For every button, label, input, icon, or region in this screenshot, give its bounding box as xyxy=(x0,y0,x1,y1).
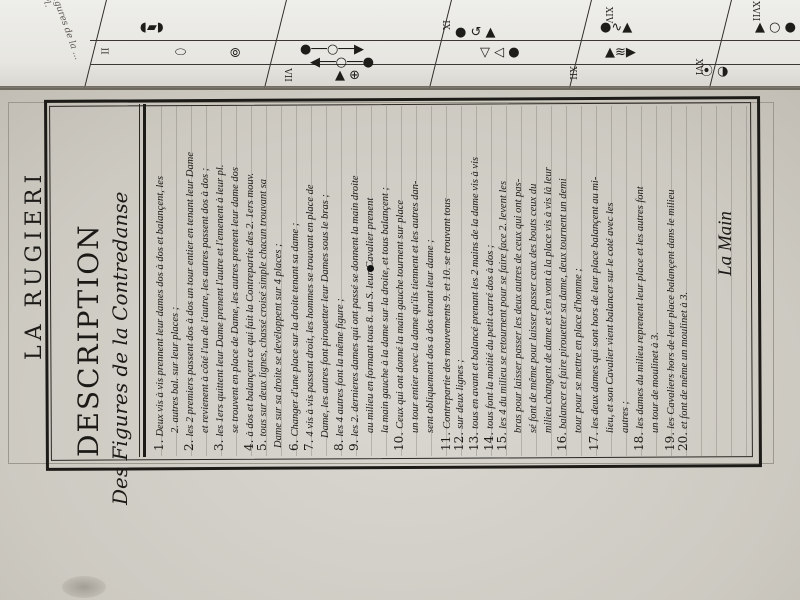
dancer-figure-icon: ▲ ⊕ xyxy=(335,68,360,83)
description-subheading: Des Figures de la Contredanse xyxy=(108,191,132,505)
figure-entry: 3.les 1ers quittent leur Dame prenent l'… xyxy=(212,165,226,451)
figure-entry: 8.les 4 autres font la même figure ; xyxy=(332,298,346,451)
figure-entry: autres ; xyxy=(617,401,631,436)
figure-entry: 10.Ceux qui ont donné la main gauche tou… xyxy=(392,200,406,451)
cell-numeral: XVII xyxy=(750,1,760,21)
figure-entry: 13.tous en avant et balancé prenant les … xyxy=(467,157,481,451)
dancer-figure-icon: ⬭ xyxy=(175,45,186,60)
figure-entry: Dame sur sa droite se devéloppent sur 4 … xyxy=(270,243,284,451)
dancer-figure-icon: ● ↺ ▲ xyxy=(455,25,496,40)
figure-entry: 11.Contrepartie des mouvements 9. et 10.… xyxy=(439,198,453,451)
dancer-figure-icon: ◖▰◗ xyxy=(140,20,164,35)
dancer-figure-icon: ⦿ ◑ xyxy=(700,60,728,79)
figure-entry: se trouvent en place de Dame, les autres… xyxy=(227,167,241,436)
description-heading: DESCRIPTION xyxy=(72,223,105,457)
figure-list: 1.Deux vis à vis prennent leur dames dos… xyxy=(150,106,746,456)
figure-entry: 16.balancer et faire pirouetter sa dame,… xyxy=(555,178,569,451)
figure-entry: 4.à dos et balançent ce qui fait la Cont… xyxy=(242,173,256,451)
figure-entry: et revienent à côté l'un de l'autre, les… xyxy=(197,168,211,436)
diagram-row-line xyxy=(90,40,800,41)
closing-title: La Main xyxy=(715,211,737,276)
figure-entry: un tour entier avec la dame qu'ils tienn… xyxy=(407,181,421,436)
figure-entry: milieu changent de dame et s'en vont à l… xyxy=(540,167,554,436)
figure-entry: lieu, et son Cavalier vient balancer sur… xyxy=(602,202,616,436)
piece-title: LA RUGIERI xyxy=(22,170,47,360)
figure-entry: Dame, les autres font pirouetter leur Da… xyxy=(317,194,331,441)
figure-entry: au milieu en formant tous 8. un S. leur … xyxy=(362,198,376,436)
description-page: LA RUGIERI DESCRIPTION Des Figures de la… xyxy=(0,90,800,600)
dancer-figure-icon: ▲≋▶ xyxy=(605,45,636,60)
diagram-cell-divider xyxy=(84,0,107,88)
figure-entry: 15.les 4 du milieu se retournent pour se… xyxy=(495,181,509,451)
ink-blot xyxy=(367,265,374,272)
cell-numeral: IX xyxy=(440,20,450,30)
figure-entry: sent obliquement dos à dos tenant leur d… xyxy=(422,239,436,436)
figure-entry: 19.les Cavaliers hors de leur place bala… xyxy=(663,189,677,451)
figure-entry: 5.tous sur deux lignes, chassé croisé si… xyxy=(255,179,269,451)
plate-caption: Figures de la ... Pl. xyxy=(0,0,85,90)
figure-entry: 2. autres bal. sur leur places ; xyxy=(167,307,181,436)
figure-entry: 1.Deux vis à vis prennent leur dames dos… xyxy=(152,176,166,451)
cell-numeral: II xyxy=(99,47,109,54)
cell-numeral: XIV xyxy=(603,7,613,23)
cell-numeral: XII xyxy=(567,66,577,80)
cell-numeral: VII xyxy=(282,68,292,82)
figure-entry: 7.4 vis à vis passent droit, les hommes … xyxy=(302,184,316,451)
figure-entry: 17.les deux dames qui sont hors de leur … xyxy=(587,177,601,451)
figure-entry: 6.Changer d'une place sur la droite tena… xyxy=(287,223,301,451)
dancer-figure-icon: ▲ ○ ● xyxy=(755,20,796,35)
figure-entry: 12.sur deux lignes ; xyxy=(452,359,466,451)
dancer-figure-icon: ⦾ xyxy=(230,46,240,61)
figure-entry: 14.tous font la moitié du petit carré do… xyxy=(482,245,496,451)
figure-entry: un tour de moulinet à 3. xyxy=(647,332,661,436)
figure-entry: la main gauche à la dame sur la droite, … xyxy=(377,187,391,436)
figure-entry: bras pour laisser passer les deux autres… xyxy=(510,179,524,436)
cell-numeral: XVI xyxy=(693,59,703,75)
paper-smudge xyxy=(62,576,106,598)
figure-entry: sé font de même pour laisser passer ceux… xyxy=(525,184,539,436)
figure-entry: 20.et font de même un moulinet à 3. xyxy=(676,292,690,451)
figure-entry: tour pour se mettre en place d'homme ; xyxy=(570,268,584,436)
dancer-figure-icon: ▽ ◁ ● xyxy=(480,45,520,60)
figure-entry: 9.les 2. dernieres dames qui ont passé s… xyxy=(347,175,361,451)
facing-plate: Figures de la ... Pl. ◖▰◗ ⬭ ⦾ ●──○──▶ ◀─… xyxy=(0,0,800,90)
figure-entry: 2.les 2 premiers passent dos à dos un to… xyxy=(182,152,196,451)
diagram-cell-divider xyxy=(429,0,452,88)
figure-entry: 18.les dames du milieu reprenent leur pl… xyxy=(632,186,646,451)
